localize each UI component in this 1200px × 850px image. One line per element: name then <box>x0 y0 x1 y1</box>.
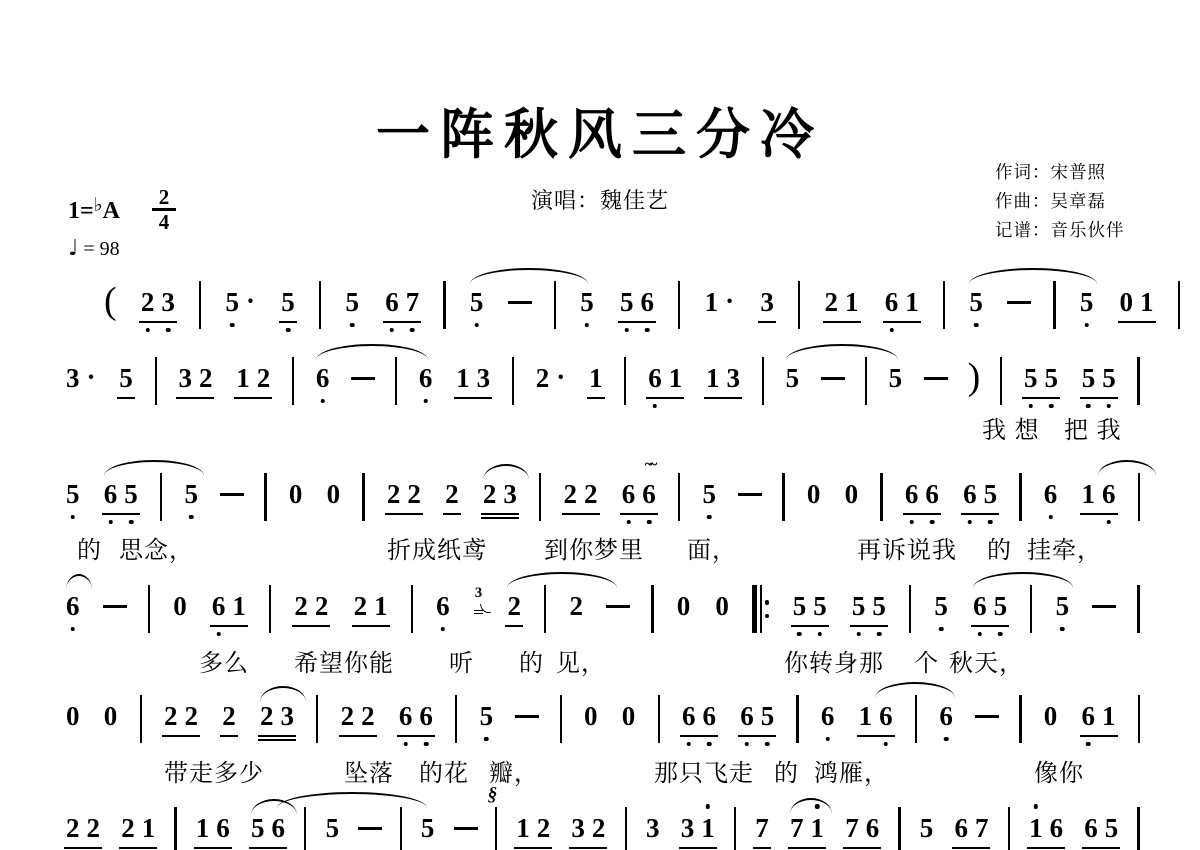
credit-composer: 作曲：吴章磊 <box>995 187 1125 216</box>
note: 7 <box>753 812 771 849</box>
slur-arc <box>470 268 588 284</box>
barline <box>539 473 541 521</box>
note-digits: 12 <box>514 812 552 849</box>
barline <box>798 281 800 329</box>
note-digit: 6 <box>1082 700 1096 732</box>
note: 5 <box>117 362 135 399</box>
note-digit: 6 <box>1050 812 1064 844</box>
note-digits: 65 <box>961 478 999 515</box>
note-digit: 5 <box>421 812 435 844</box>
note-digit: 1 <box>589 362 603 394</box>
barline <box>411 585 413 633</box>
repeat-dots <box>765 585 770 633</box>
lyrics-line-2: 我 想把 我 <box>64 410 1164 442</box>
note-digit: 6 <box>885 286 899 318</box>
note: 22 <box>292 590 330 627</box>
barline <box>909 585 911 633</box>
quarter-note-icon: ♩ <box>68 236 78 261</box>
barline <box>1137 585 1139 633</box>
slur-arc <box>66 574 92 590</box>
note: 61 <box>210 590 248 627</box>
note-digit: 5 <box>1044 362 1058 394</box>
note-digits: 01 <box>1118 286 1156 323</box>
lyrics-line-3: 的思念，折成纸鸢到你梦里面，再诉说我的挂牵， <box>64 530 1164 562</box>
duration-dash <box>606 605 630 608</box>
note: 0 <box>102 700 120 732</box>
note: 65 <box>961 478 999 515</box>
note-digits: 5 <box>182 478 200 510</box>
lyric: 思念， <box>119 530 194 565</box>
note-digit: 2 <box>361 700 375 732</box>
note: 55 <box>1080 362 1118 399</box>
note-digits: 5 <box>343 286 361 318</box>
note-digit: 2 <box>354 590 368 622</box>
note-digit: 6 <box>1102 478 1116 510</box>
note: 1 <box>587 362 605 399</box>
note: 6 <box>937 700 955 732</box>
note-digits: 5 <box>478 700 496 732</box>
note-digit: 0 <box>289 478 303 510</box>
note: 61 <box>883 286 921 323</box>
note: 5 <box>343 286 361 318</box>
note-digits: 0 <box>64 700 82 732</box>
note-digit: 2 <box>222 700 236 732</box>
meter-numerator: 2 <box>159 186 170 208</box>
lyric: 坠落 <box>344 753 394 788</box>
note-digit: 3 <box>760 286 774 318</box>
credit-lyricist: 作词：宋普照 <box>995 158 1125 187</box>
slur-arc <box>277 792 427 808</box>
duration-dash <box>738 493 762 496</box>
duration-dash <box>1007 301 1031 304</box>
note: 1· <box>703 286 737 318</box>
note-digit: 5 <box>813 590 827 622</box>
note-digits: 5 <box>64 478 82 510</box>
lyric: 挂牵， <box>1027 530 1102 565</box>
note: 56 <box>249 812 287 849</box>
note-digit: 6 <box>879 700 893 732</box>
note-digits: 6 <box>819 700 837 732</box>
note: 23 <box>139 286 177 323</box>
note: 6 <box>64 590 82 622</box>
note-digits: 1 <box>587 362 605 399</box>
note: 66 <box>680 700 718 737</box>
note: 12 <box>514 812 552 849</box>
note-digit: 5 <box>345 286 359 318</box>
duration-dash <box>975 715 999 718</box>
note-digits: 0 <box>102 700 120 732</box>
note-digits: 55 <box>791 590 829 627</box>
barline <box>443 281 445 329</box>
barline <box>292 357 294 405</box>
credit-transcriber: 记谱：音乐伙伴 <box>995 216 1125 245</box>
note-digit: 1 <box>1140 286 1154 318</box>
barline <box>1138 473 1140 521</box>
note-digit: 6 <box>216 812 230 844</box>
note-digit: 1 <box>706 362 720 394</box>
lyric: 的 <box>77 530 102 565</box>
note-digit: 1 <box>705 286 719 318</box>
note-digit: 7 <box>975 812 989 844</box>
note: 5 <box>478 700 496 732</box>
note-digit: 6 <box>866 812 880 844</box>
note-digit: 6 <box>272 812 286 844</box>
note-digit: 2 <box>294 590 308 622</box>
note: 3 <box>644 812 662 844</box>
note-digits: 67 <box>383 286 421 323</box>
note-digits: 5 <box>887 362 905 394</box>
note-digits: 66 <box>397 700 435 737</box>
barline <box>658 695 660 743</box>
note: 6 <box>1042 478 1060 510</box>
slur-arc <box>507 572 617 588</box>
note-digit: 3 <box>280 700 294 732</box>
note-digits: 6 <box>937 700 955 732</box>
note-digit: · <box>246 285 255 317</box>
slur-arc <box>973 572 1073 588</box>
music-line-4: 6061222163220055555655 <box>64 590 1140 633</box>
note-digits: 21 <box>823 286 861 323</box>
note: 61 <box>646 362 684 399</box>
note-digit: 5 <box>124 478 138 510</box>
barline <box>140 695 142 743</box>
note-digit: 1 <box>669 362 683 394</box>
barline <box>678 281 680 329</box>
barline <box>915 695 917 743</box>
note-digits: 22 <box>385 478 423 515</box>
note: 71 <box>788 812 826 849</box>
note: 65 <box>971 590 1009 627</box>
note-digits: 0 <box>1042 700 1060 732</box>
note-digits: 23 <box>139 286 177 323</box>
note-digit: 2 <box>164 700 178 732</box>
lyric: 面， <box>687 530 737 565</box>
note: 5 <box>468 286 486 318</box>
note-digits: 0 <box>843 478 861 510</box>
note-digit: 7 <box>845 812 859 844</box>
note-digits: 0 <box>620 700 638 732</box>
note: 21 <box>823 286 861 323</box>
note-digits: 21 <box>352 590 390 627</box>
note: 2 <box>443 478 461 515</box>
lyric: 那只飞走 <box>654 753 754 788</box>
lyric: 你转身那 <box>784 643 884 678</box>
note-digit: 5 <box>852 590 866 622</box>
note: 5 <box>784 362 802 394</box>
note-digit: 1 <box>456 362 470 394</box>
parenthesis: ) <box>968 359 981 395</box>
note: 65 <box>738 700 776 737</box>
note-digit: 2 <box>341 700 355 732</box>
music-line-1: (235·556755561·321615501 <box>64 286 1180 329</box>
note: 3· <box>64 362 98 394</box>
note-digit: 6 <box>419 362 433 394</box>
note-digit: 1 <box>196 812 210 844</box>
note-digit: 6 <box>963 478 977 510</box>
note-digits: 55 <box>1080 362 1118 399</box>
note: 55 <box>1022 362 1060 399</box>
lyric: 我 想 <box>982 410 1040 445</box>
note: 13 <box>454 362 492 399</box>
note-digit: 7 <box>406 286 420 318</box>
note-digits: 0 <box>325 478 343 510</box>
note-digit: 2 <box>507 590 521 622</box>
barline <box>316 695 318 743</box>
lyrics-line-4: 多么希望你能听的见，你转身那个秋天， <box>64 643 1164 675</box>
note-digits: 76 <box>843 812 881 849</box>
note-digit: 0 <box>622 700 636 732</box>
note-digits: 5 <box>1078 286 1096 318</box>
barline <box>264 473 266 521</box>
note-digit: 5 <box>793 590 807 622</box>
note-digits: 5 <box>117 362 135 399</box>
barline <box>512 357 514 405</box>
note-digits: 65 <box>102 478 140 515</box>
note-digits: 5 <box>468 286 486 318</box>
note: 55 <box>850 590 888 627</box>
lyric: 的 <box>774 753 799 788</box>
note-digits: 16 <box>857 700 895 737</box>
note-digits: 3 <box>758 286 776 323</box>
repeat-start-barline <box>752 585 770 633</box>
barline <box>560 695 562 743</box>
mordent-icon: ~~ <box>645 458 654 472</box>
note-digit: 2 <box>407 478 421 510</box>
note: 16 <box>194 812 232 849</box>
barline <box>1019 695 1021 743</box>
slur-arc <box>316 344 428 360</box>
note-digit: 2 <box>66 812 80 844</box>
note-digit: 2 <box>825 286 839 318</box>
note-digit: 5 <box>480 700 494 732</box>
duration-dash <box>924 377 948 380</box>
grace-note: 3 <box>474 577 484 614</box>
note: 6 <box>417 362 435 394</box>
note: 22 <box>339 700 377 737</box>
note-digits: 5 <box>578 286 596 318</box>
barline <box>624 357 626 405</box>
note-digits: 71 <box>788 812 826 849</box>
lyric: 的花 <box>419 753 469 788</box>
note-digit: 6 <box>419 700 433 732</box>
note-digit: 2 <box>387 478 401 510</box>
note-digits: 6 <box>417 362 435 394</box>
note: 5 <box>932 590 950 622</box>
note: 0 <box>620 700 638 732</box>
barline <box>1030 585 1032 633</box>
note-digit: 5 <box>889 362 903 394</box>
note-digit: 6 <box>702 700 716 732</box>
note-digit: · <box>725 285 734 317</box>
note-digit: 5 <box>326 812 340 844</box>
barline <box>400 807 402 850</box>
repeat-thick-line <box>752 585 757 633</box>
note-digit: 3 <box>178 362 192 394</box>
note-digit: 6 <box>212 590 226 622</box>
barline <box>1053 281 1055 329</box>
note-digit: 2 <box>141 286 155 318</box>
note: 5 <box>578 286 596 318</box>
note-digits: 22 <box>339 700 377 737</box>
barline <box>898 807 900 850</box>
barline <box>1008 807 1010 850</box>
note-digit: 6 <box>622 478 636 510</box>
lyric: 的 <box>519 643 544 678</box>
note-digit: 3 <box>161 286 175 318</box>
note: 21 <box>119 812 157 849</box>
note-digits: 0 <box>582 700 600 732</box>
note-digit: 2 <box>592 812 606 844</box>
barline <box>544 585 546 633</box>
note-digit: 3 <box>726 362 740 394</box>
note-digit: 5 <box>251 812 265 844</box>
music-line-6: 2221165655§1232331771765671665 <box>64 812 1140 850</box>
note: 5 <box>887 362 905 394</box>
note-digit: 5 <box>984 478 998 510</box>
note-digit: 5 <box>761 700 775 732</box>
note-digits: 16 <box>194 812 232 849</box>
note: 76 <box>843 812 881 849</box>
barline <box>651 585 653 633</box>
note: 2 <box>220 700 238 737</box>
note: 5 <box>700 478 718 510</box>
lyric: 秋天， <box>949 643 1024 678</box>
note-digits: 5 <box>967 286 985 318</box>
note-digit: 6 <box>905 478 919 510</box>
note-digits: 56 <box>618 286 656 323</box>
note-digit: 6 <box>939 700 953 732</box>
note-digits: 67 <box>952 812 990 849</box>
note: 55 <box>791 590 829 627</box>
time-signature: 2 4 <box>152 186 176 233</box>
note-digit: 1 <box>1102 700 1116 732</box>
note-digit: 1 <box>142 812 156 844</box>
note: 16 <box>1027 812 1065 849</box>
note: 5 <box>64 478 82 510</box>
note-digit: 6 <box>682 700 696 732</box>
barline: § <box>495 807 497 850</box>
note: 22 <box>562 478 600 515</box>
note-digit: 3 <box>66 362 80 394</box>
barline <box>734 807 736 850</box>
note: 67 <box>383 286 421 323</box>
repeat-thin-line <box>760 585 762 633</box>
note: 5 <box>182 478 200 510</box>
note-digits: 2 <box>443 478 461 515</box>
note-digit: 5 <box>969 286 983 318</box>
note-digit: 5 <box>1105 812 1119 844</box>
lyric: 希望你能 <box>294 643 394 678</box>
duration-dash <box>1092 605 1116 608</box>
note: 5 <box>1054 590 1072 622</box>
key-signature: 1=♭A <box>68 194 120 225</box>
note: 0 <box>675 590 693 622</box>
note-digit: 2 <box>184 700 198 732</box>
note-digit: 6 <box>399 700 413 732</box>
note-digits: 3 <box>644 812 662 844</box>
note: 2 <box>505 590 523 627</box>
note-digit: 6 <box>1044 478 1058 510</box>
lyric: 到你梦里 <box>544 530 644 565</box>
note-digit: 2 <box>199 362 213 394</box>
note-digits: 61 <box>1080 700 1118 737</box>
note-digits: 5 <box>784 362 802 394</box>
lyric: 的 <box>987 530 1012 565</box>
barline <box>269 585 271 633</box>
note-digits: 66 <box>680 700 718 737</box>
note-digit: 2 <box>260 700 274 732</box>
note-digits: 5 <box>419 812 437 844</box>
note-digits: 13 <box>704 362 742 399</box>
note-digit: 2 <box>121 812 135 844</box>
note-digit: 0 <box>327 478 341 510</box>
note-digits: 55 <box>1022 362 1060 399</box>
note: 5 <box>324 812 342 844</box>
note: 67 <box>952 812 990 849</box>
note-digits: 0 <box>171 590 189 622</box>
barline <box>199 281 201 329</box>
note-digit: 1 <box>516 812 530 844</box>
note-digit: · <box>556 361 565 393</box>
note-digit: 5 <box>702 478 716 510</box>
note-digits: 5 <box>700 478 718 510</box>
parenthesis: ( <box>104 283 117 319</box>
note: 6~~6 <box>620 478 658 515</box>
slur-arc <box>1098 460 1156 476</box>
lyric: 像你 <box>1034 753 1084 788</box>
lyric: 个 <box>914 643 939 678</box>
note: 01 <box>1118 286 1156 323</box>
note-digits: 56 <box>249 812 287 849</box>
note-digit: 5 <box>934 590 948 622</box>
note-digit: 1 <box>701 812 715 844</box>
note-digit: 1 <box>232 590 246 622</box>
note-digit: 0 <box>715 590 729 622</box>
note-digits: 2 <box>220 700 238 737</box>
note-digits: 2 <box>505 590 523 627</box>
barline <box>1138 695 1140 743</box>
barline <box>148 585 150 633</box>
note-digits: 1· <box>703 286 737 318</box>
note: 5· <box>224 286 258 318</box>
note-digits: 22 <box>64 812 102 849</box>
duration-dash <box>508 301 532 304</box>
barline <box>1137 357 1139 405</box>
note: 66 <box>397 700 435 737</box>
note-digit: 5 <box>994 590 1008 622</box>
repeat-dot <box>765 600 770 605</box>
note: 3 <box>758 286 776 323</box>
barline <box>554 281 556 329</box>
note-digit: 0 <box>584 700 598 732</box>
note: 22 <box>385 478 423 515</box>
note-digit: 2 <box>537 812 551 844</box>
grace-digit: 3 <box>474 577 484 614</box>
note-digit: 2 <box>257 362 271 394</box>
note-digits: 5· <box>224 286 258 318</box>
note-digits: 32 <box>569 812 607 849</box>
lyric: 再诉说我 <box>857 530 957 565</box>
note-digit: 1 <box>810 812 824 844</box>
note-digit: · <box>87 361 96 393</box>
note-digits: 61 <box>646 362 684 399</box>
note-digits: 5 <box>324 812 342 844</box>
note-digit: 3 <box>646 812 660 844</box>
note: 21 <box>352 590 390 627</box>
note-digit: 6 <box>973 590 987 622</box>
lyric: 鸿雁， <box>814 753 889 788</box>
note-digit: 6 <box>316 362 330 394</box>
